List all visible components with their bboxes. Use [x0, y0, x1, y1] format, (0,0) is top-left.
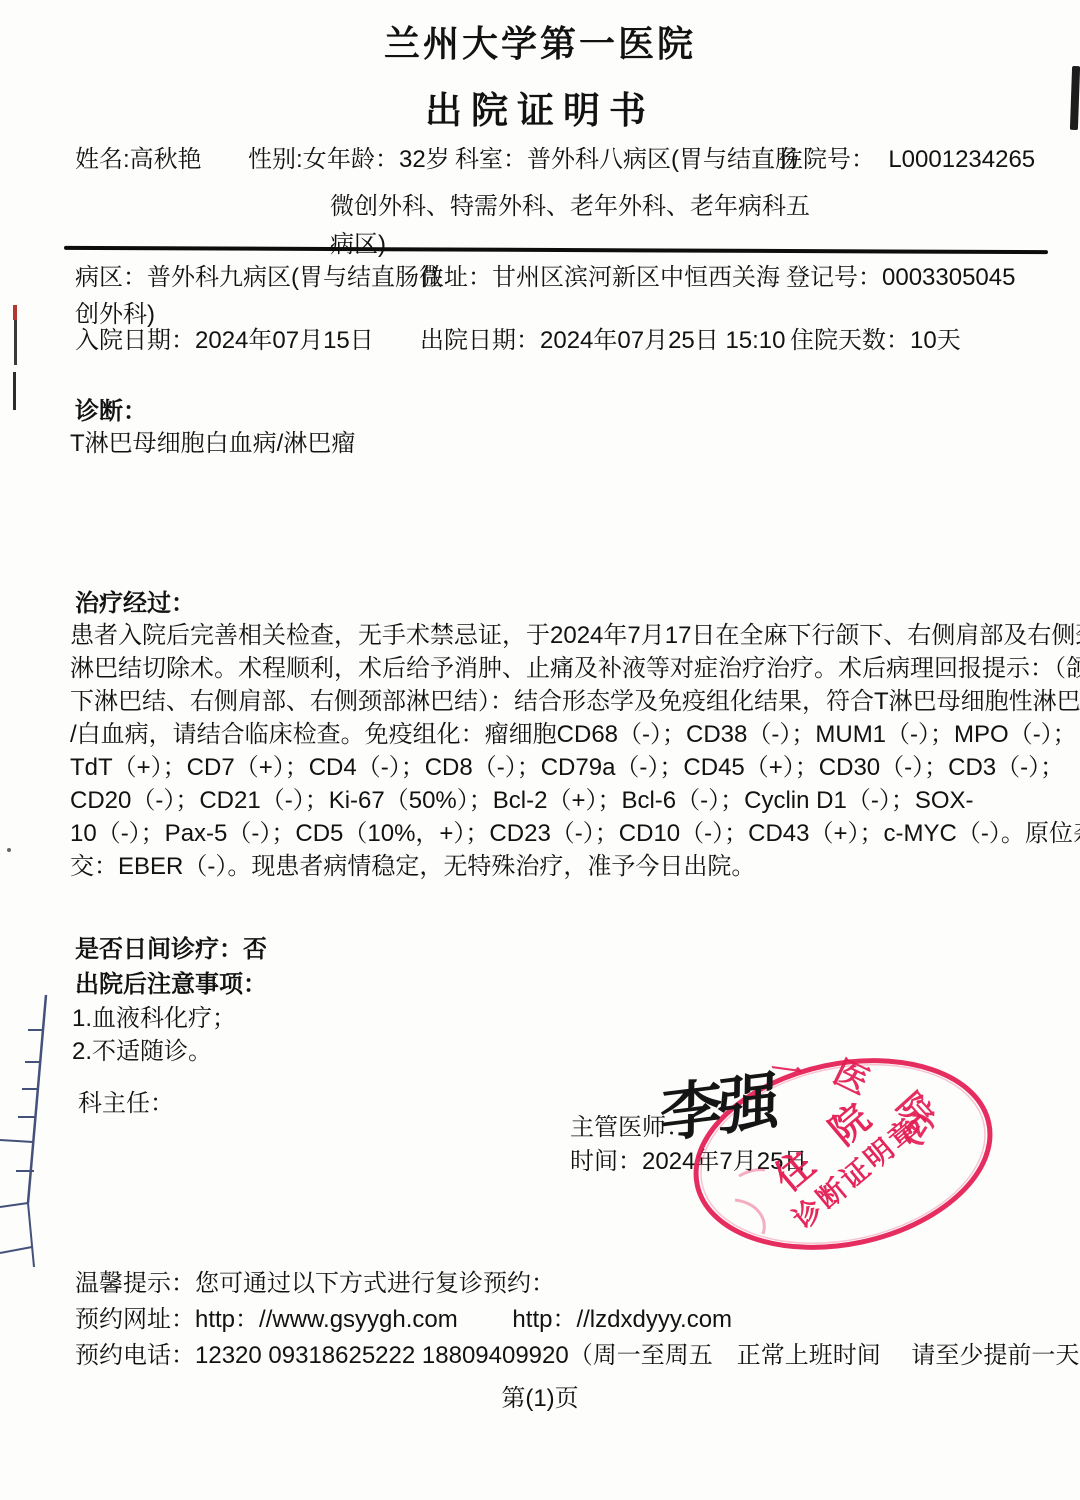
- treatment-line: 下淋巴结、右侧肩部、右侧颈部淋巴结）：结合形态学及免疫组化结果，符合T淋巴母细胞…: [70, 688, 1080, 717]
- field-admission-no: 住院号： L0001234265: [779, 146, 1035, 175]
- treatment-line: 淋巴结切除术。术程顺利，术后给予消肿、止痛及补液等对症治疗治疗。术后病理回报提示…: [70, 655, 1080, 684]
- treatment-line: 患者入院后完善相关检查，无手术禁忌证，于2024年7月17日在全麻下行颌下、右侧…: [70, 622, 1080, 651]
- note-item: 2.不适随诊。: [72, 1038, 212, 1067]
- scan-artifact-dot: [7, 848, 11, 852]
- field-ward-line2: 创外科): [75, 301, 155, 330]
- treatment-label: 治疗经过：: [75, 590, 195, 619]
- field-sex: 性别:女: [248, 146, 327, 175]
- day-care-line: 是否日间诊疗：否: [75, 936, 267, 965]
- field-discharge-date: 出院日期：2024年07月25日 15:10: [420, 327, 786, 356]
- page-number: 第(1)页: [0, 1378, 1080, 1413]
- field-age: 年龄：32岁: [327, 146, 450, 175]
- footer-web: 预约网址：http：//www.gsyygh.com http：//lzdxdy…: [75, 1306, 732, 1335]
- director-label: 科主任：: [78, 1090, 174, 1119]
- field-admit-date: 入院日期：2024年07月15日: [75, 327, 374, 356]
- treatment-line: TdT（+）；CD7（+）；CD4（-）；CD8（-）；CD79a（-）；CD4…: [70, 754, 1064, 783]
- discharge-certificate-page: 兰州大学第一医院 出院证明书 姓名:高秋艳 性别:女 年龄：32岁 科室：普外科…: [0, 0, 1080, 1500]
- field-reg-no: 登记号：0003305045: [786, 264, 1015, 293]
- footer-tip: 温馨提示：您可通过以下方式进行复诊预约：: [75, 1270, 555, 1299]
- horizontal-divider: [64, 246, 1048, 254]
- field-ward: 病区：普外科九病区(胃与结直肠微: [75, 264, 443, 293]
- hospital-name: 兰州大学第一医院: [0, 16, 1080, 67]
- treatment-line: /白血病，请结合临床检查。免疫组化：瘤细胞CD68（-）；CD38（-）；MUM…: [70, 721, 1077, 750]
- treatment-line: 交：EBER（-）。现患者病情稳定，无特殊治疗，准予今日出院。: [70, 853, 755, 882]
- stamp-faint-strokes: [735, 1170, 765, 1234]
- treatment-line: 10（-）；Pax-5（-）；CD5（10%，+）；CD23（-）；CD10（-…: [70, 820, 1080, 849]
- field-department-line3: 病区): [330, 231, 386, 260]
- doctor-signature: 李强: [660, 1051, 777, 1155]
- document-title: 出院证明书: [0, 80, 1080, 134]
- field-address: 住址：甘州区滨河新区中恒西关海: [420, 264, 780, 293]
- field-patient-name: 姓名:高秋艳: [75, 146, 202, 175]
- field-department: 科室：普外科八病区(胃与结直肠: [455, 146, 799, 175]
- scan-artifact-left-line2: [13, 372, 16, 410]
- field-department-line2: 微创外科、特需外科、老年外科、老年病科五: [330, 193, 810, 222]
- footer-tel: 预约电话：12320 09318625222 18809409920（周一至周五…: [75, 1342, 1080, 1371]
- scan-artifact-red-tip: [13, 305, 17, 320]
- note-item: 1.血液科化疗；: [72, 1005, 236, 1034]
- notes-header: 出院后注意事项：: [75, 971, 267, 1000]
- scan-artifact-binder-ruler: [0, 985, 60, 1275]
- field-days: 住院天数：10天: [790, 327, 961, 356]
- diagnosis-label: 诊断：: [75, 398, 147, 427]
- treatment-line: CD20（-）；CD21（-）；Ki-67（50%）；Bcl-2（+）；Bcl-…: [70, 787, 974, 816]
- diagnosis-value: T淋巴母细胞白血病/淋巴瘤: [70, 430, 355, 459]
